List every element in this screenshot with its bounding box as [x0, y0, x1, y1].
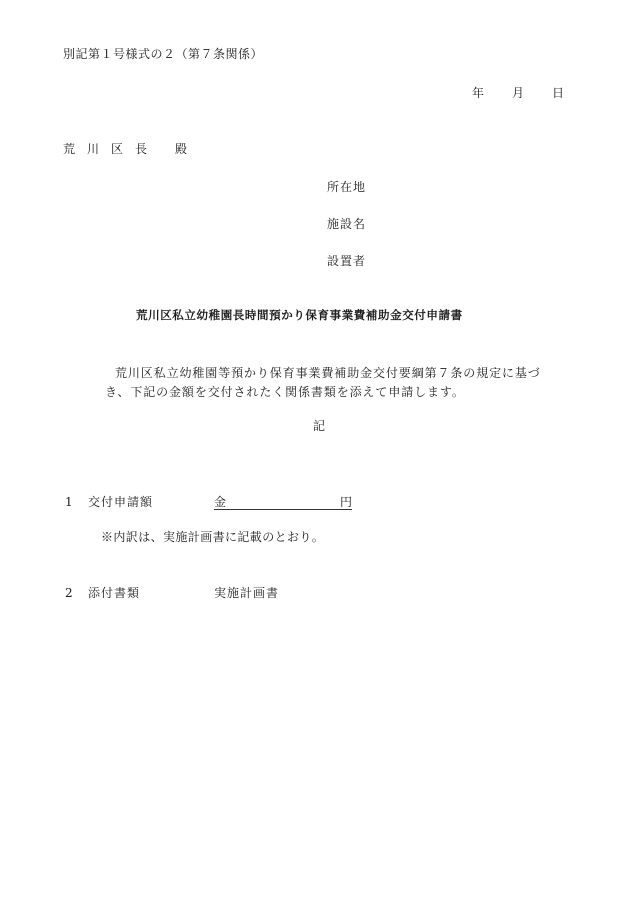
- amount-suffix: 円: [340, 496, 352, 508]
- applicant-facility-label: 施設名: [327, 218, 366, 230]
- body-paragraph: 荒川区私立幼稚園等預かり保育事業費補助金交付要綱第７条の規定に基づ き、下記の金…: [95, 364, 570, 402]
- addressee-char: 川: [87, 143, 111, 155]
- item-label: 交付申請額: [88, 496, 153, 508]
- addressee-honorific: 殿: [175, 143, 187, 155]
- attachment-value: 実施計画書: [214, 587, 279, 599]
- addressee: 荒川区長殿: [63, 143, 187, 155]
- addressee-char: 長: [135, 143, 175, 155]
- applicant-founder-label: 設置者: [327, 255, 366, 267]
- addressee-char: 区: [111, 143, 135, 155]
- body-line-2: き、下記の金額を交付されたく関係書類を添えて申請します。: [95, 383, 570, 402]
- addressee-char: 荒: [63, 143, 87, 155]
- breakdown-note: ※内訳は、実施計画書に記載のとおり。: [101, 531, 324, 543]
- ki-heading: 記: [313, 420, 325, 432]
- document-title: 荒川区私立幼稚園長時間預かり保育事業費補助金交付申請書: [136, 310, 463, 322]
- date-month-label: 月: [512, 87, 524, 99]
- amount-prefix: 金: [214, 496, 226, 508]
- date-year-label: 年: [472, 87, 484, 99]
- date-day-label: 日: [552, 87, 564, 99]
- body-line-1: 荒川区私立幼稚園等預かり保育事業費補助金交付要綱第７条の規定に基づ: [95, 364, 570, 383]
- item-number: 2: [65, 587, 73, 599]
- applicant-location-label: 所在地: [327, 181, 366, 193]
- item-number: 1: [65, 496, 73, 508]
- item-label: 添付書類: [88, 587, 140, 599]
- form-number: 別記第１号様式の２（第７条関係）: [63, 48, 263, 60]
- amount-field[interactable]: 金 円: [214, 494, 352, 510]
